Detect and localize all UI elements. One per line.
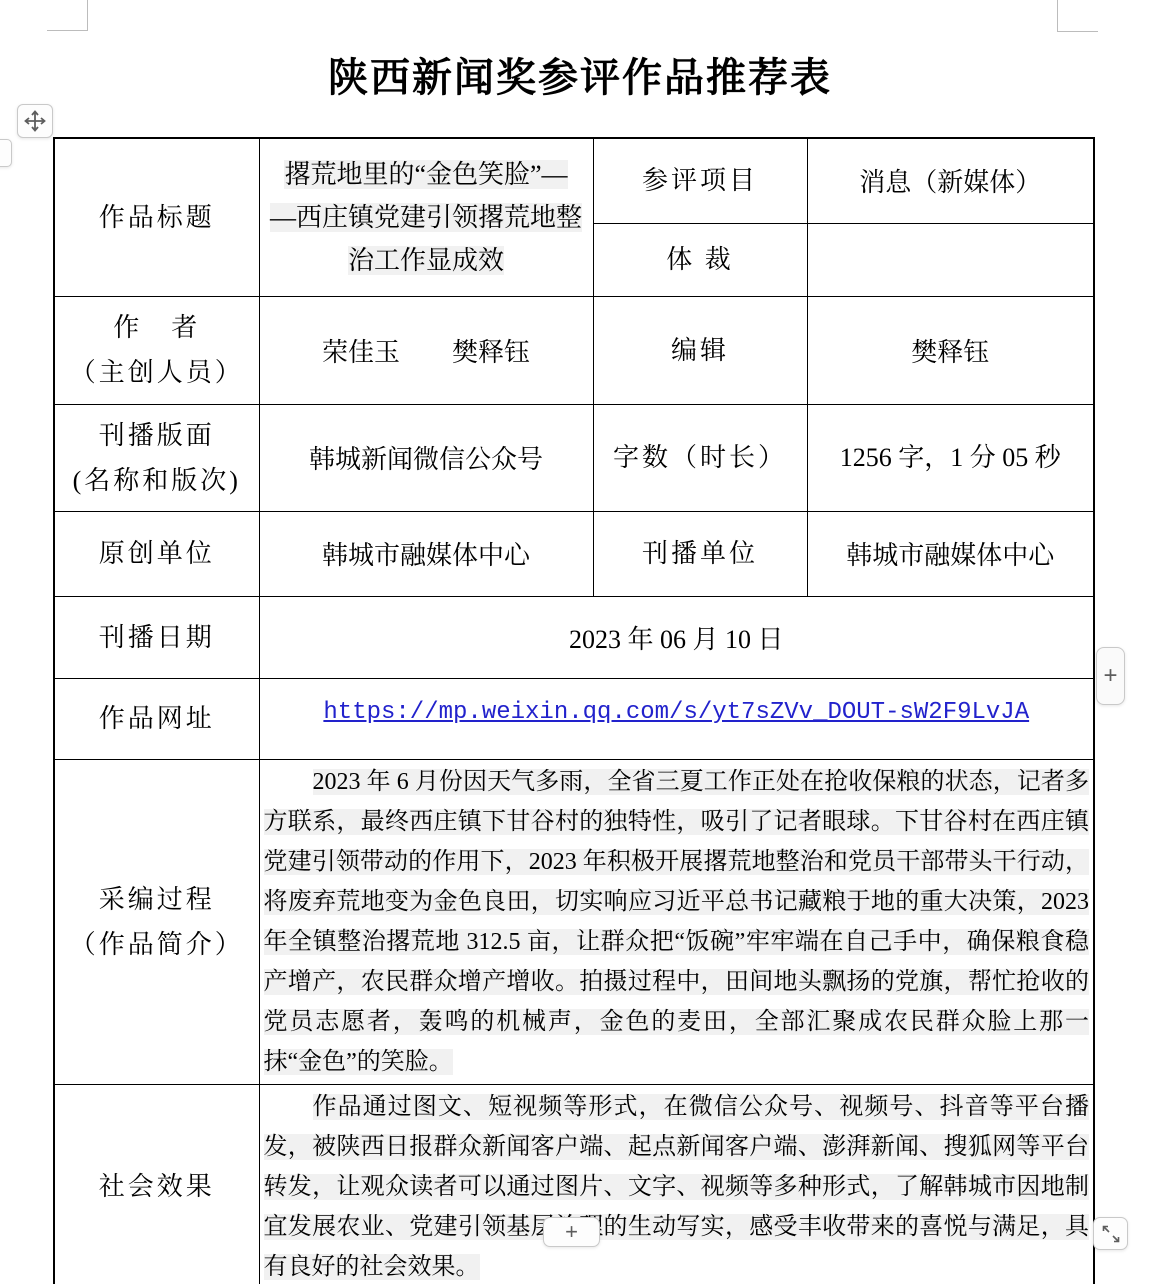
genre-label: 体 裁 (593, 223, 807, 296)
table-row: 采编过程 （作品简介） 2023 年 6 月份因天气多雨，全省三夏工作正处在抢收… (54, 759, 1094, 1084)
table-row: 作品网址 https://mp.weixin.qq.com/s/yt7sZVv_… (54, 678, 1094, 759)
page-title: 陕西新闻奖参评作品推荐表 (0, 46, 1160, 103)
add-row-button[interactable]: + (543, 1217, 600, 1247)
table-resize-button[interactable] (1093, 1217, 1128, 1250)
page-cropmark-topleft-vertical (87, 0, 88, 30)
editing-process-label: 采编过程 （作品简介） (54, 759, 259, 1084)
author-value-cell[interactable]: 荣佳玉 樊释钰 (259, 296, 593, 404)
move-arrows-icon (22, 108, 48, 134)
table-row: 作 者 （主创人员） 荣佳玉 樊释钰 编辑 樊释钰 (54, 296, 1094, 404)
work-url-label: 作品网址 (54, 678, 259, 759)
publish-unit-value-cell[interactable]: 韩城市融媒体中心 (807, 511, 1094, 596)
table-row: 社会效果 作品通过图文、短视频等形式，在微信公众号、视频号、抖音等平台播发，被陕… (54, 1084, 1094, 1284)
table-row: 刊播日期 2023 年 06 月 10 日 (54, 596, 1094, 678)
work-url-link[interactable]: https://mp.weixin.qq.com/s/yt7sZVv_DOUT-… (323, 699, 1029, 726)
add-column-button[interactable]: + (1096, 647, 1125, 705)
diagonal-resize-icon (1099, 1222, 1123, 1246)
table-row: 作品标题 撂荒地里的“金色笑脸”— —西庄镇党建引领撂荒地整 治工作显成效 参评… (54, 138, 1094, 223)
publish-unit-label: 刊播单位 (593, 511, 807, 596)
recommendation-form-table: 作品标题 撂荒地里的“金色笑脸”— —西庄镇党建引领撂荒地整 治工作显成效 参评… (53, 137, 1095, 1284)
work-title-value-cell[interactable]: 撂荒地里的“金色笑脸”— —西庄镇党建引领撂荒地整 治工作显成效 (259, 138, 593, 296)
editor-value-cell[interactable]: 樊释钰 (807, 296, 1094, 404)
work-title-value: 撂荒地里的“金色笑脸”— —西庄镇党建引领撂荒地整 治工作显成效 (270, 160, 582, 275)
social-effect-label: 社会效果 (54, 1084, 259, 1284)
editor-label: 编辑 (593, 296, 807, 404)
page-cropmark-topright-vertical (1057, 0, 1058, 31)
page-cropmark-topleft-horizontal (47, 30, 88, 31)
social-effect-value: 作品通过图文、短视频等形式，在微信公众号、视频号、抖音等平台播发，被陕西日报群众… (264, 1094, 1090, 1280)
edge-partial-button[interactable] (0, 139, 12, 167)
table-row: 原创单位 韩城市融媒体中心 刊播单位 韩城市融媒体中心 (54, 511, 1094, 596)
work-title-label: 作品标题 (54, 138, 259, 296)
original-unit-value-cell[interactable]: 韩城市融媒体中心 (259, 511, 593, 596)
work-url-value-cell: https://mp.weixin.qq.com/s/yt7sZVv_DOUT-… (259, 678, 1094, 759)
author-label: 作 者 （主创人员） (54, 296, 259, 404)
page-cropmark-topright-horizontal (1057, 31, 1098, 32)
social-effect-value-cell[interactable]: 作品通过图文、短视频等形式，在微信公众号、视频号、抖音等平台播发，被陕西日报群众… (259, 1084, 1094, 1284)
table-row: 刊播版面 (名称和版次) 韩城新闻微信公众号 字数（时长） 1256 字，1 分… (54, 404, 1094, 511)
publish-layout-value-cell[interactable]: 韩城新闻微信公众号 (259, 404, 593, 511)
publish-date-label: 刊播日期 (54, 596, 259, 678)
editing-process-value-cell[interactable]: 2023 年 6 月份因天气多雨，全省三夏工作正处在抢收保粮的状态，记者多方联系… (259, 759, 1094, 1084)
word-count-value-cell[interactable]: 1256 字，1 分 05 秒 (807, 404, 1094, 511)
table-move-handle-button[interactable] (17, 104, 53, 138)
entry-category-value-cell[interactable]: 消息（新媒体） (807, 138, 1094, 223)
editing-process-value: 2023 年 6 月份因天气多雨，全省三夏工作正处在抢收保粮的状态，记者多方联系… (264, 769, 1090, 1075)
entry-category-label: 参评项目 (593, 138, 807, 223)
publish-layout-label: 刊播版面 (名称和版次) (54, 404, 259, 511)
genre-value-cell[interactable] (807, 223, 1094, 296)
publish-date-value-cell[interactable]: 2023 年 06 月 10 日 (259, 596, 1094, 678)
original-unit-label: 原创单位 (54, 511, 259, 596)
word-count-label: 字数（时长） (593, 404, 807, 511)
